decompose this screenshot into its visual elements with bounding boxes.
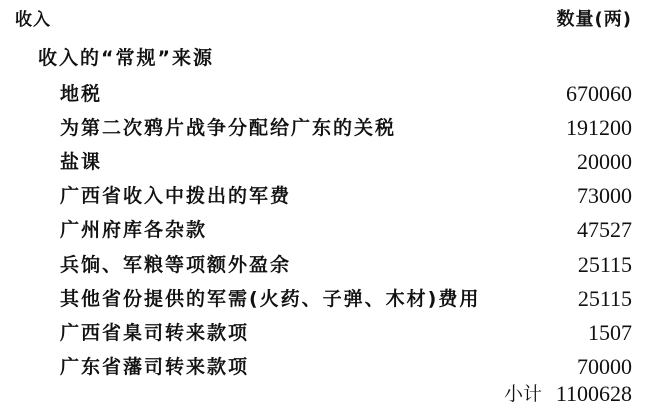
table-row: 广西省臬司转来款项 1507: [0, 318, 647, 348]
item-value: 73000: [577, 181, 632, 211]
table-row: 兵饷、军粮等项额外盈余 25115: [0, 250, 647, 280]
item-label: 广州府库各杂款: [60, 215, 207, 245]
item-label: 广东省藩司转来款项: [60, 352, 249, 382]
table-header: 收入 数量(两): [0, 5, 647, 35]
item-label: 为第二次鸦片战争分配给广东的关税: [60, 113, 396, 143]
item-value: 191200: [566, 113, 632, 143]
header-title: 收入: [15, 5, 51, 35]
item-label: 盐课: [60, 147, 102, 177]
section-title: 收入的“常规”来源: [38, 43, 214, 73]
subtotal-value: 1100628: [556, 379, 632, 409]
item-label: 广西省臬司转来款项: [60, 318, 249, 348]
item-value: 20000: [577, 147, 632, 177]
table-row: 广东省藩司转来款项 70000: [0, 352, 647, 382]
item-label: 兵饷、军粮等项额外盈余: [60, 250, 291, 280]
item-label: 地税: [60, 79, 102, 109]
table-row: 盐课 20000: [0, 147, 647, 177]
item-value: 70000: [577, 352, 632, 382]
quantity-column-header: 数量(两): [557, 5, 632, 35]
item-value: 25115: [578, 284, 632, 314]
item-label: 广西省收入中拨出的军费: [60, 181, 291, 211]
item-value: 47527: [577, 215, 632, 245]
item-value: 25115: [578, 250, 632, 280]
item-value: 670060: [566, 79, 632, 109]
item-label: 其他省份提供的军需(火药、子弹、木材)费用: [60, 284, 480, 314]
item-value: 1507: [588, 318, 632, 348]
table-row: 地税 670060: [0, 79, 647, 109]
subtotal-label: 小计: [504, 379, 542, 409]
table-row: 其他省份提供的军需(火药、子弹、木材)费用 25115: [0, 284, 647, 314]
table-row: 为第二次鸦片战争分配给广东的关税 191200: [0, 113, 647, 143]
subtotal-row: 小计 1100628: [0, 379, 647, 409]
table-row: 广州府库各杂款 47527: [0, 215, 647, 245]
section-row: 收入的“常规”来源: [0, 43, 647, 73]
table-row: 广西省收入中拨出的军费 73000: [0, 181, 647, 211]
